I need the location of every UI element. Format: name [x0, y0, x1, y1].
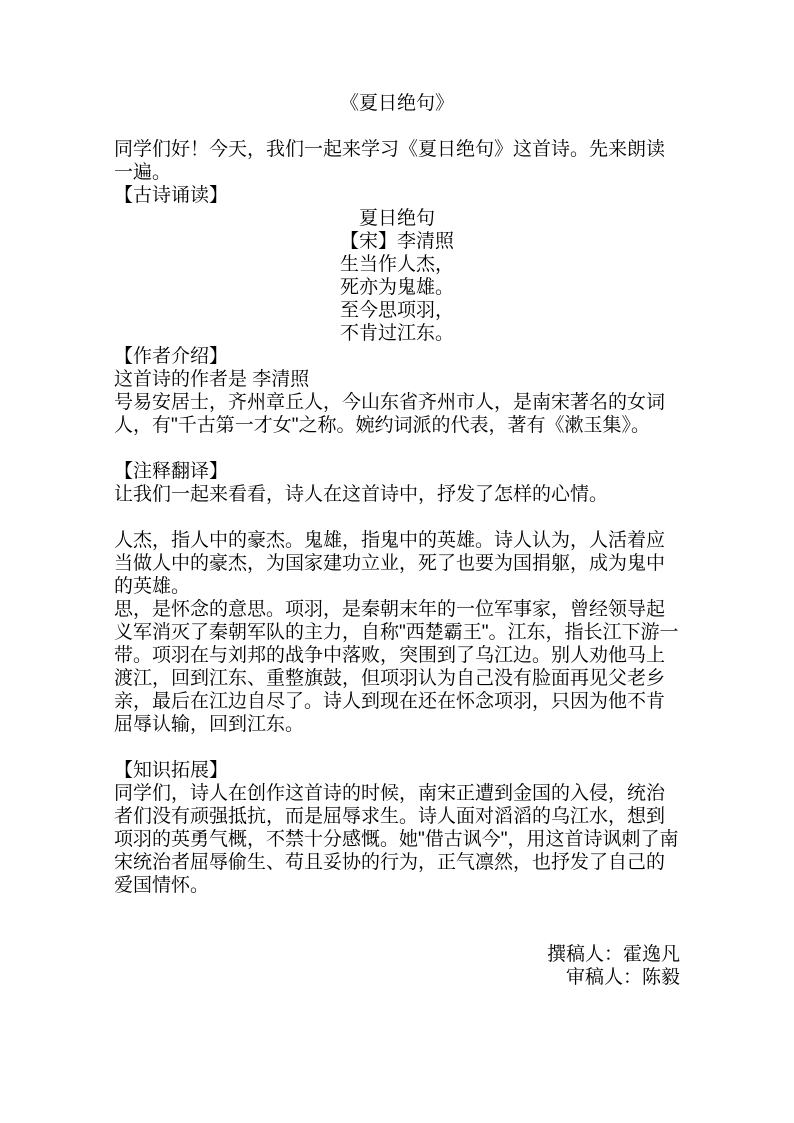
document-page: 《夏日绝句》 同学们好！今天，我们一起来学习《夏日绝句》这首诗。先来朗读一遍。 … [0, 0, 794, 1123]
author-intro-lead: 这首诗的作者是 李清照 [114, 368, 680, 391]
page-title: 《夏日绝句》 [114, 92, 680, 115]
blank-line [114, 736, 680, 759]
poem-line: 至今思项羽， [114, 299, 680, 322]
knowledge-body: 同学们，诗人在创作这首诗的时候，南宋正遭到金国的入侵，统治者们没有顽强抵抗，而是… [114, 782, 680, 897]
poem-title: 夏日绝句 [114, 207, 680, 230]
knowledge-heading: 【知识拓展】 [114, 759, 680, 782]
author-intro-body: 号易安居士，齐州章丘人，今山东省齐州市人，是南宋著名的女词人，有"千古第一才女"… [114, 391, 680, 437]
blank-lines [114, 897, 680, 943]
annotation-paragraph: 人杰，指人中的豪杰。鬼雄，指鬼中的英雄。诗人认为，人活着应当做人中的豪杰，为国家… [114, 529, 680, 598]
blank-line [114, 506, 680, 529]
poem-line: 不肯过江东。 [114, 322, 680, 345]
intro-paragraph: 同学们好！今天，我们一起来学习《夏日绝句》这首诗。先来朗读一遍。 [114, 138, 680, 184]
annotation-lead: 让我们一起来看看，诗人在这首诗中，抒发了怎样的心情。 [114, 483, 680, 506]
poem-author: 【宋】李清照 [114, 230, 680, 253]
blank-line [114, 115, 680, 138]
annotation-paragraph: 思，是怀念的意思。项羽，是秦朝末年的一位军事家，曾经领导起义军消灭了秦朝军队的主… [114, 598, 680, 736]
recitation-heading: 【古诗诵读】 [114, 184, 680, 207]
annotation-heading: 【注释翻译】 [114, 460, 680, 483]
poem-line: 死亦为鬼雄。 [114, 276, 680, 299]
author-intro-heading: 【作者介绍】 [114, 345, 680, 368]
reviewer-credit: 审稿人：陈毅 [114, 966, 680, 989]
poem-line: 生当作人杰， [114, 253, 680, 276]
blank-line [114, 437, 680, 460]
writer-credit: 撰稿人：霍逸凡 [114, 943, 680, 966]
